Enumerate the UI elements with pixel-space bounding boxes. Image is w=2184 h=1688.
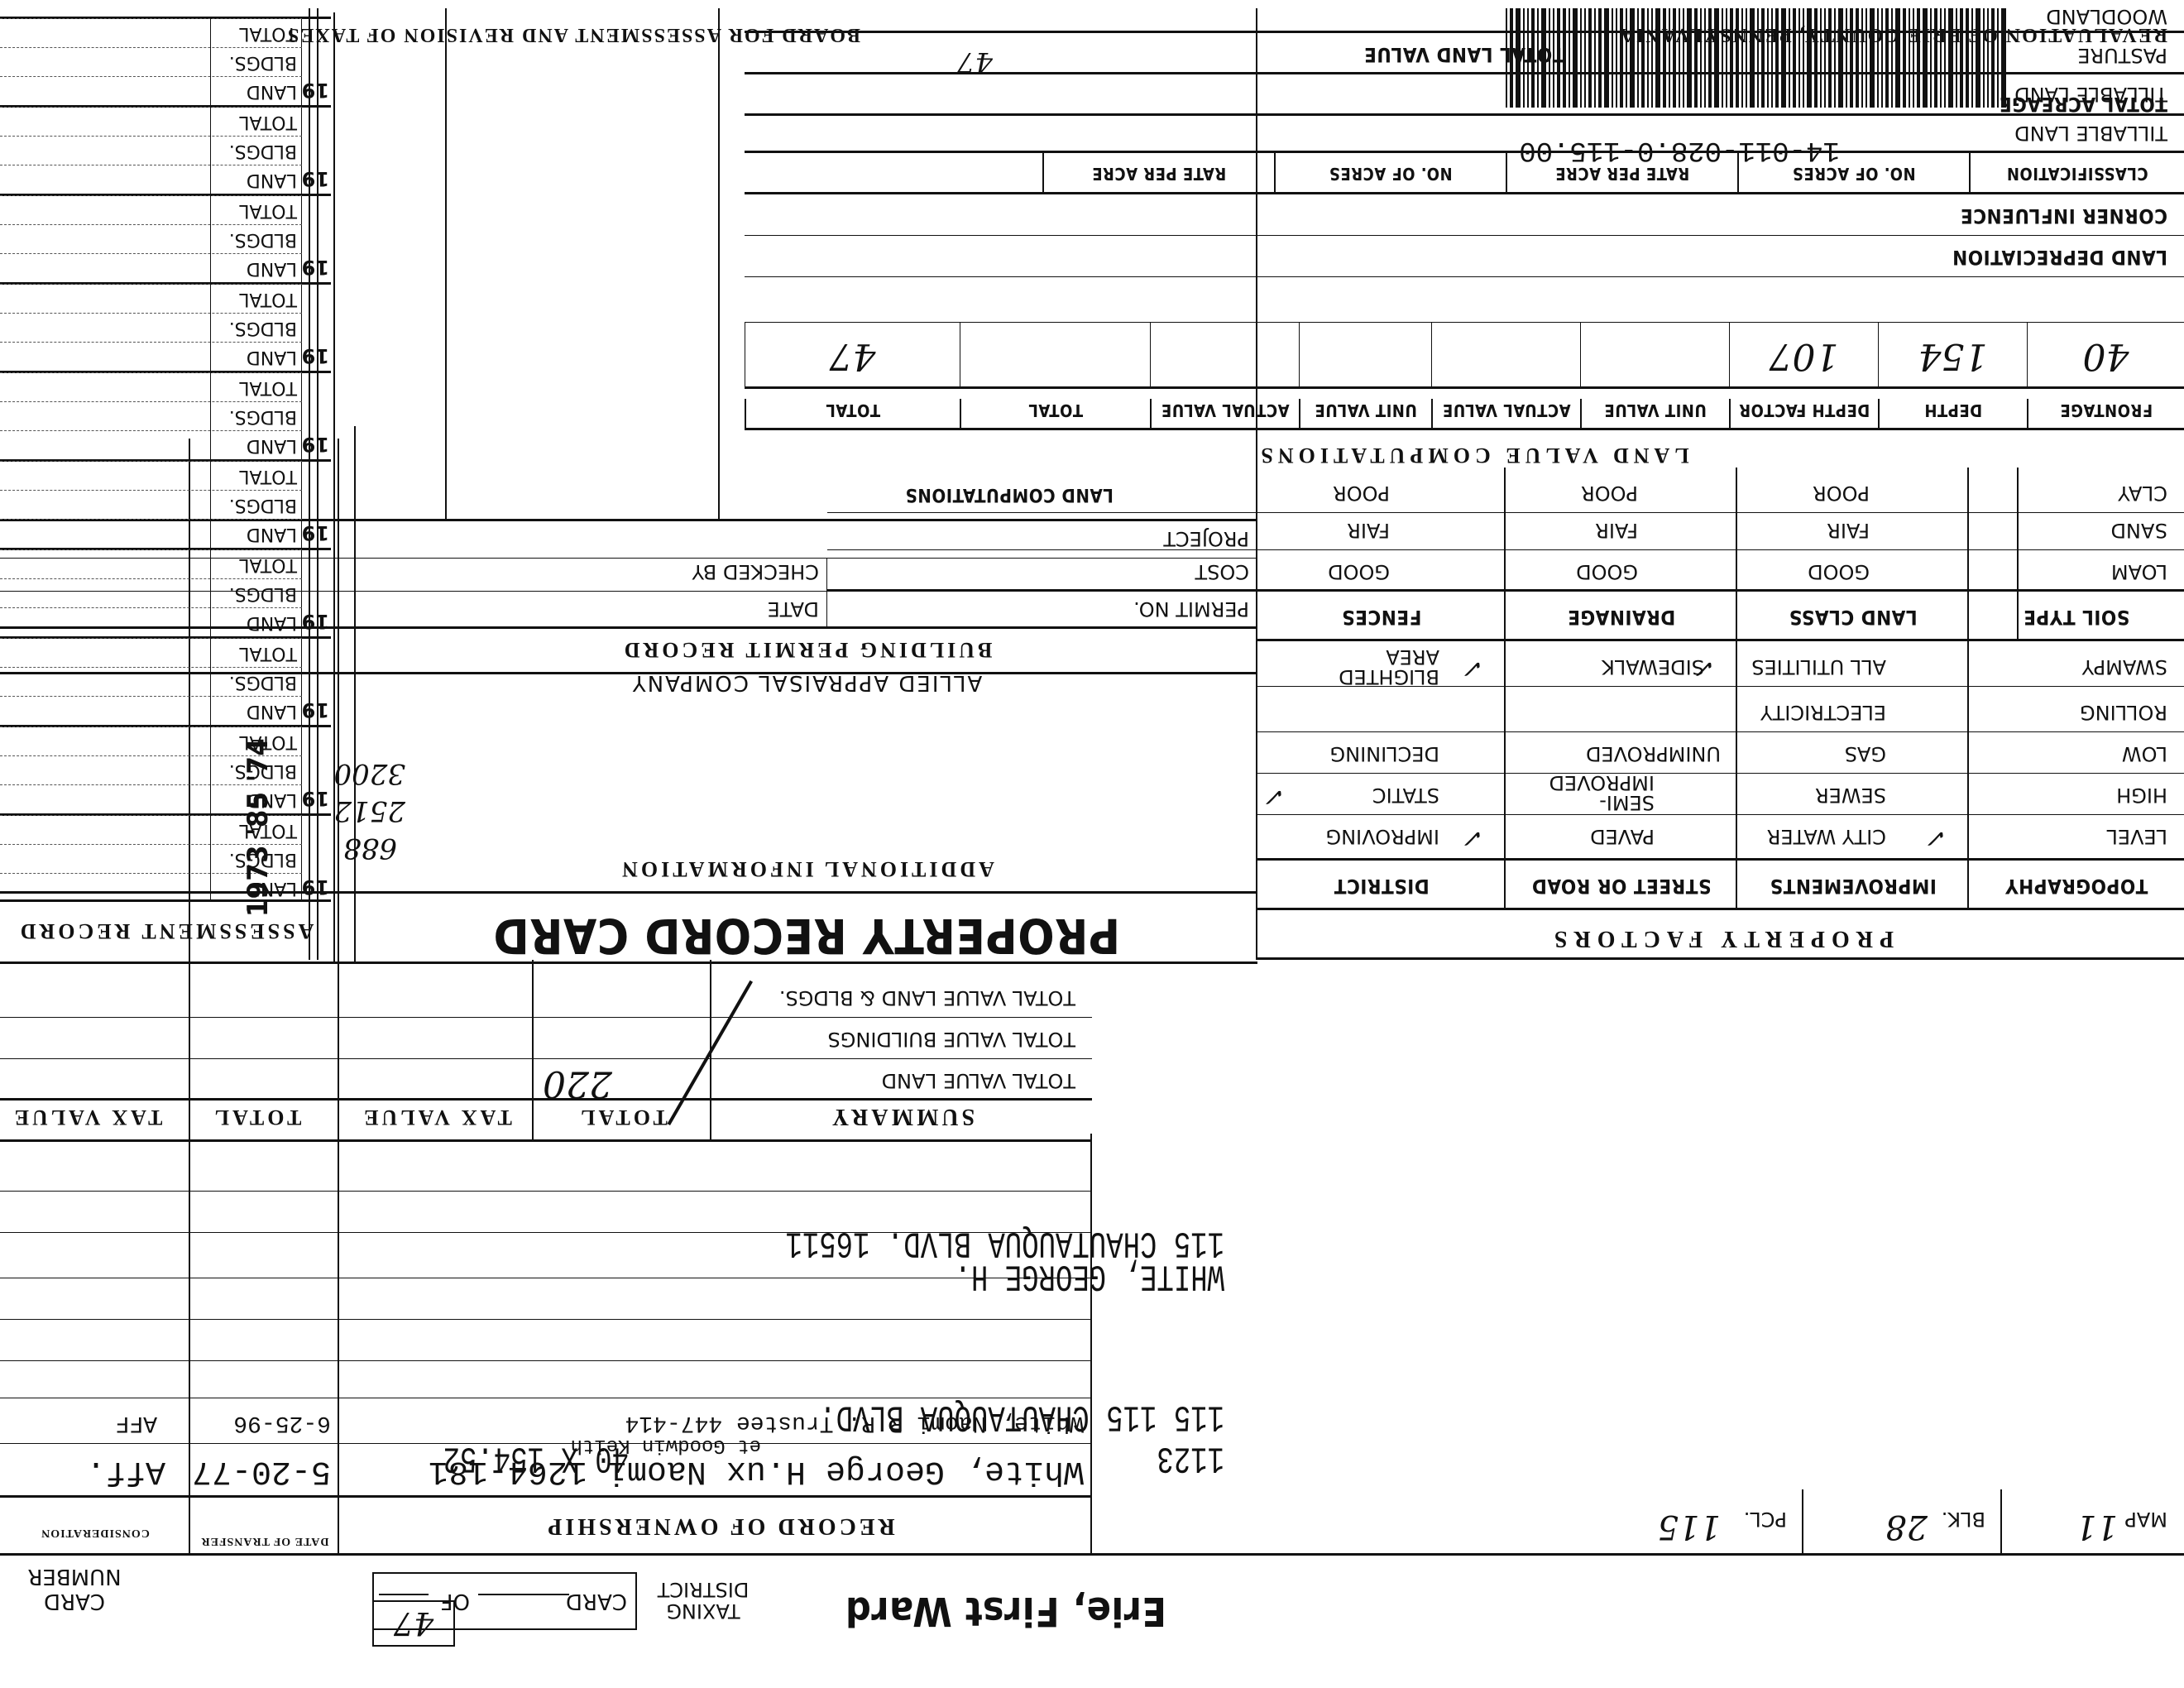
tract-number: 1123 <box>1157 1436 1224 1477</box>
assessment-year-group: 19LANDBLDGS.TOTAL <box>0 194 331 282</box>
year-prefix: 19 <box>302 167 329 190</box>
divider <box>0 1139 1092 1142</box>
divider <box>0 1017 1092 1018</box>
assessment-row: BLDGS. <box>0 136 302 165</box>
assessment-value-field[interactable] <box>0 165 211 194</box>
assessment-row: BLDGS. <box>0 224 302 253</box>
blk-label: BLK. <box>1942 1508 1985 1531</box>
consideration-header: CONSIDERATION <box>0 1526 190 1539</box>
assessment-value-field[interactable] <box>0 578 211 607</box>
check-improving[interactable]: ✓ <box>1464 823 1485 852</box>
assessment-row-label: LAND <box>247 258 297 279</box>
divider <box>333 12 335 964</box>
class-tillable-1: TILLABLE LAND <box>2014 122 2167 145</box>
assessment-value-field[interactable] <box>0 638 211 667</box>
pf-city-water: CITY WATER <box>1767 825 1886 848</box>
pcl-value[interactable]: 115 <box>1658 1508 1721 1546</box>
check-city-water[interactable]: ✓ <box>1928 823 1948 852</box>
pf-high: HIGH <box>2116 784 2167 807</box>
pf-electricity: ELECTRICITY <box>1760 701 1886 724</box>
assessment-value-field[interactable] <box>0 844 211 873</box>
divider <box>1257 814 2184 815</box>
fences-poor: POOR <box>1333 482 1390 505</box>
land-computations-label: LAND COMPUTATIONS <box>761 484 1257 505</box>
header-right-title: BOARD FOR ASSESSMENT AND REVISION OF TAX… <box>286 23 860 46</box>
total-acreage-label: TOTAL ACREAGE <box>1999 93 2167 116</box>
divider <box>1257 908 2184 910</box>
assessment-row: TOTAL <box>0 107 302 136</box>
lvc-cell[interactable]: 107 <box>1729 323 1878 389</box>
assessment-row-label: TOTAL <box>239 554 297 575</box>
transfer-date-1: 5-20-77 <box>192 1452 331 1489</box>
divider <box>0 1232 1092 1233</box>
mailing-address: 115 CHAUTAUQUA BLVD. 16511 <box>786 1221 1225 1262</box>
assessment-year-group: 19LANDBLDGS.TOTAL <box>0 813 331 902</box>
assessment-value-field[interactable] <box>0 284 211 313</box>
lvc-column-header: UNIT VALUE <box>1580 399 1729 430</box>
summary-row-land: TOTAL VALUE LAND <box>882 1069 1075 1092</box>
assessment-row: LAND <box>0 430 302 459</box>
boxed-number: 47 <box>372 1600 455 1647</box>
lvc-cell[interactable] <box>1580 323 1729 389</box>
assessment-record-title: ASSESSMENT RECORD <box>0 918 331 943</box>
land-value-computations-title: LAND VALUE COMPUTATIONS <box>761 443 2184 468</box>
fences-fair: FAIR <box>1347 519 1390 542</box>
pf-level: LEVEL <box>2107 825 2168 848</box>
pf-sewer: SEWER <box>1815 784 1886 807</box>
assessment-stamp: 1973 '85 '74 <box>242 738 275 917</box>
pf-header-soil: SOIL TYPE <box>1969 606 2184 629</box>
year-prefix: 19 <box>302 521 329 544</box>
pf-header-drainage: DRAINAGE <box>1506 606 1737 629</box>
card-total-field[interactable] <box>379 1594 429 1595</box>
soil-sand: SAND <box>2110 519 2167 542</box>
lvc-column-header: TOTAL <box>745 399 960 430</box>
divider <box>1257 639 2184 641</box>
divider <box>826 559 827 629</box>
lvc-cell[interactable] <box>1299 323 1431 389</box>
handwritten-2512: 2512 <box>333 794 405 827</box>
summary-tax-header: TAX VALUE <box>339 1105 534 1129</box>
assessment-row: LAND <box>0 696 302 725</box>
year-prefix: 19 <box>302 79 329 102</box>
summary-total-header-2: TOTAL <box>174 1105 339 1129</box>
divider <box>745 113 2184 116</box>
pf-static: STATIC <box>1372 784 1439 807</box>
card-label: CARD <box>566 1589 627 1614</box>
assessment-row-label: LAND <box>247 524 297 544</box>
assessment-row: LAND <box>0 253 302 282</box>
assessment-year-group: 19LANDBLDGS.TOTAL <box>0 636 331 725</box>
land-class-poor: POOR <box>1813 482 1870 505</box>
divider <box>745 322 2184 323</box>
assessment-value-field[interactable] <box>0 195 211 224</box>
assessment-row-label: BLDGS. <box>229 318 297 338</box>
assessment-row-label: TOTAL <box>239 289 297 309</box>
soil-clay: CLAY <box>2118 482 2167 505</box>
assessment-value-field[interactable] <box>0 313 211 342</box>
assessment-row-label: LAND <box>247 701 297 722</box>
assessment-value-field[interactable] <box>0 755 211 784</box>
assessment-row: TOTAL <box>0 195 302 224</box>
land-class-good: GOOD <box>1808 560 1870 583</box>
building-permit-title: BUILDING PERMIT RECORD <box>356 637 1257 662</box>
pf-sidewalk: SIDEWALK <box>1602 655 1704 679</box>
lvc-column-header: DEPTH FACTOR <box>1729 399 1878 430</box>
assessment-value-field[interactable] <box>0 815 211 844</box>
summary-row-land-bldgs: TOTAL VALUE LAND & BLDGS. <box>779 986 1075 1009</box>
drainage-good: GOOD <box>1576 560 1638 583</box>
lvc-column-header: FRONTAGE <box>2027 399 2184 430</box>
taxing-district-value: Erie, First Ward <box>819 1588 1166 1634</box>
assessment-value-field[interactable] <box>0 549 211 578</box>
address-line1: 1123 <box>1157 1436 1224 1477</box>
assessment-row: BLDGS. <box>0 490 302 519</box>
summary-row-buildings: TOTAL VALUE BUILDINGS <box>828 1028 1075 1051</box>
assessment-row: TOTAL <box>0 549 302 578</box>
divider <box>745 276 2184 277</box>
assessment-value-field[interactable] <box>0 461 211 490</box>
date-transfer-header: DATE OF TRANSFER <box>190 1534 339 1547</box>
assessment-year-group: 19LANDBLDGS.TOTAL <box>0 105 331 194</box>
divider <box>0 1443 1092 1444</box>
check-static[interactable]: ✓ <box>1266 782 1286 811</box>
pf-low: LOW <box>2122 742 2167 765</box>
assessment-value-field[interactable] <box>0 372 211 401</box>
assessment-value-field[interactable] <box>0 342 211 371</box>
divider <box>338 439 339 1556</box>
assessment-year-group: 19LANDBLDGS.TOTAL <box>0 282 331 371</box>
lvc-column-header: TOTAL <box>960 399 1150 430</box>
pf-rolling: ROLLING <box>2080 701 2167 724</box>
header-left-title: REVALUATION OF ERIE COUNTY, PENNSYLVANIA <box>1619 23 2167 46</box>
ownership-title: RECORD OF OWNERSHIP <box>347 1513 1092 1539</box>
land-depreciation-label: LAND DEPRECIATION <box>1952 246 2167 269</box>
drainage-poor: POOR <box>1581 482 1638 505</box>
divider <box>1802 1489 1803 1556</box>
assessment-row-label: LAND <box>247 170 297 190</box>
year-prefix: 19 <box>302 698 329 722</box>
corner-influence-label: CORNER INFLUENCE <box>1961 204 2168 228</box>
lvc-column-header: UNIT VALUE <box>1299 399 1431 430</box>
divider <box>2017 468 2019 641</box>
pf-swampy: SWAMPY <box>2082 655 2167 679</box>
assessment-year-group: 19LANDBLDGS.TOTAL <box>0 371 331 459</box>
assessment-year-group: 19LANDBLDGS.TOTAL <box>0 725 331 813</box>
lvc-cell[interactable] <box>1431 323 1580 389</box>
pf-header-land-class: LAND CLASS <box>1737 606 1969 629</box>
summary-total-header: TOTAL <box>534 1105 711 1129</box>
assessment-row-label: BLDGS. <box>229 141 297 161</box>
year-prefix: 19 <box>302 787 329 810</box>
drainage-fair: FAIR <box>1595 519 1638 542</box>
year-prefix: 19 <box>302 344 329 367</box>
cost-label: COST <box>1195 560 1249 583</box>
owner-entry-1: White, George H.ux Naomi 1264-181 <box>429 1452 1084 1489</box>
assessment-row-label: TOTAL <box>239 377 297 398</box>
assessment-value-field[interactable] <box>0 18 211 47</box>
assessment-row: LAND <box>0 607 302 636</box>
summary-tax-header-2: TAX VALUE <box>0 1105 174 1129</box>
property-record-card: CARD NUMBER CARD OF TAXING DISTRICT Erie… <box>0 0 2184 1688</box>
assessment-value-field[interactable] <box>0 107 211 136</box>
divider <box>1736 468 1737 641</box>
divider <box>445 8 447 521</box>
divider <box>718 8 720 521</box>
divider <box>745 235 2184 236</box>
assessment-row: TOTAL <box>0 284 302 313</box>
pf-unimproved: UNIMPROVED <box>1586 742 1721 765</box>
assessment-row-label: BLDGS. <box>229 229 297 250</box>
permit-no-label: PERMIT NO. <box>1133 597 1249 621</box>
assessment-value-field[interactable] <box>0 430 211 459</box>
year-prefix: 19 <box>302 610 329 633</box>
divider <box>1090 1134 1092 1556</box>
assessment-row: TOTAL <box>0 18 302 47</box>
year-prefix: 19 <box>302 256 329 279</box>
assessment-row-label: LAND <box>247 435 297 456</box>
assessment-value-field[interactable] <box>0 667 211 696</box>
divider <box>1504 468 1506 641</box>
assessment-year-group: 19LANDBLDGS.TOTAL <box>0 17 331 105</box>
assessment-value-field[interactable] <box>0 873 211 902</box>
lvc-header-row: FRONTAGEDEPTHDEPTH FACTORUNIT VALUEACTUA… <box>745 389 2184 430</box>
assessment-row-label: TOTAL <box>239 466 297 487</box>
divider <box>1257 731 2184 732</box>
classification-column-header: RATE PER ACRE <box>1042 153 1274 194</box>
assessment-year-group: 19LANDBLDGS.TOTAL <box>0 548 331 636</box>
assessment-row: LAND <box>0 519 302 548</box>
divider <box>0 1360 1092 1361</box>
assessment-row-label: TOTAL <box>239 112 297 132</box>
assessment-value-field[interactable] <box>0 224 211 253</box>
pcl-label: PCL. <box>1744 1508 1787 1531</box>
assessment-row: LAND <box>0 76 302 105</box>
land-class-fair: FAIR <box>1827 519 1870 542</box>
pf-gas: GAS <box>1845 742 1886 765</box>
card-number-field[interactable] <box>478 1594 569 1595</box>
pf-declining: DECLINING <box>1330 742 1439 765</box>
consideration-2: AFF <box>116 1410 157 1436</box>
assessment-row-label: BLDGS. <box>229 52 297 73</box>
summary-title: SUMMARY <box>720 1103 1084 1129</box>
blk-value[interactable]: 28 <box>1885 1508 1928 1546</box>
project-label: PROJECT <box>1163 527 1249 550</box>
assessment-value-field[interactable] <box>0 136 211 165</box>
lvc-cell[interactable]: 154 <box>1878 323 2027 389</box>
assessment-row-label: TOTAL <box>239 200 297 221</box>
assessment-value-field[interactable] <box>0 784 211 813</box>
assessment-value-field[interactable] <box>0 519 211 548</box>
pf-all-utilities: ALL UTILITIES <box>1751 655 1886 679</box>
handwritten-3200: 3200 <box>333 757 405 790</box>
divider <box>1257 858 2184 861</box>
pf-header-district: DISTRICT <box>1257 875 1506 898</box>
pf-semi-improved: SEMI-IMPROVED <box>1522 773 1655 813</box>
assessment-row-label: LAND <box>247 81 297 102</box>
divider <box>0 1191 1092 1192</box>
summary-land-total: 220 <box>543 1062 612 1105</box>
taxing-district-label: TAXING DISTRICT <box>645 1579 761 1622</box>
assessment-row: LAND <box>0 342 302 371</box>
check-all-utilities[interactable]: ✓ <box>1696 654 1717 683</box>
divider <box>827 549 2184 550</box>
assessment-row: BLDGS. <box>0 401 302 430</box>
check-sidewalk[interactable]: ✓ <box>1464 654 1485 683</box>
assessment-year-group: 19LANDBLDGS.TOTAL <box>0 459 331 548</box>
assessment-row: BLDGS. <box>0 313 302 342</box>
lvc-cell[interactable] <box>1150 323 1299 389</box>
assessment-row-label: BLDGS. <box>229 406 297 427</box>
transfer-date-2: 6-25-96 <box>233 1410 331 1436</box>
additional-info-title: ADDITIONAL INFORMATION <box>356 856 1257 881</box>
assessment-value-field[interactable] <box>0 696 211 725</box>
owner-entry-2-sub: et Goodwin Keith <box>571 1434 761 1456</box>
lvc-cell[interactable]: 47 <box>745 323 960 389</box>
parcel-row: MAP 11 BLK. 28 PCL. 115 <box>1092 1489 2184 1556</box>
assessment-value-field[interactable] <box>0 727 211 755</box>
parcel-barcode-text: 14-011-028.0-115.00 <box>1353 134 2006 165</box>
assessment-row-label: LAND <box>247 347 297 367</box>
main-title: PROPERTY RECORD CARD <box>356 908 1257 964</box>
lvc-column-header: ACTUAL VALUE <box>1150 399 1299 430</box>
assessment-row-label: BLDGS. <box>229 495 297 516</box>
assessment-row: BLDGS. <box>0 47 302 76</box>
divider <box>1257 957 2184 960</box>
map-label: MAP <box>2124 1508 2167 1531</box>
assessment-groups: 19LANDBLDGS.TOTAL19LANDBLDGS.TOTAL19LAND… <box>0 17 331 902</box>
assessment-value-field[interactable] <box>0 607 211 636</box>
year-prefix: 19 <box>302 433 329 456</box>
divider <box>0 1319 1092 1320</box>
total-land-value: 47 <box>957 46 993 79</box>
divider <box>0 1553 1092 1556</box>
assessment-value-field[interactable] <box>0 76 211 105</box>
fences-good: GOOD <box>1328 560 1390 583</box>
assessment-row: BLDGS. <box>0 578 302 607</box>
divider <box>0 1278 1092 1278</box>
checked-by-label: CHECKED BY <box>692 560 819 583</box>
lvc-column-header: DEPTH <box>1878 399 2027 430</box>
assessment-row: TOTAL <box>0 461 302 490</box>
divider <box>1257 773 2184 774</box>
pf-improving: IMPROVING <box>1326 825 1439 848</box>
divider <box>0 1058 1092 1059</box>
pf-paved: PAVED <box>1590 825 1655 848</box>
divider <box>0 1495 1092 1498</box>
divider <box>1967 468 1969 641</box>
card-number-label: CARD NUMBER <box>17 1564 132 1614</box>
lvc-data-row: 4015410747 <box>745 323 2184 389</box>
assessment-value-field[interactable] <box>0 253 211 282</box>
pf-blighted-area: BLIGHTED AREA <box>1291 647 1439 687</box>
lvc-column-header: ACTUAL VALUE <box>1431 399 1580 430</box>
assessment-value-field[interactable] <box>0 490 211 519</box>
year-prefix: 19 <box>302 875 329 899</box>
pf-header-improvements: IMPROVEMENTS <box>1737 875 1969 898</box>
owner-entry-2: White, Naomi R R. Trustee 447-414 <box>625 1410 1085 1436</box>
assessment-row: BLDGS. <box>0 667 302 696</box>
lvc-cell[interactable]: 40 <box>2027 323 2184 389</box>
assessment-value-field[interactable] <box>0 401 211 430</box>
pf-header-topography: TOPOGRAPHY <box>1969 875 2184 898</box>
pf-header-street: STREET OR ROAD <box>1506 875 1737 898</box>
map-value[interactable]: 11 <box>2076 1508 2118 1546</box>
lvc-cell[interactable] <box>960 323 1150 389</box>
pf-header-fences: FENCES <box>1257 606 1506 629</box>
date-label: DATE <box>768 597 819 621</box>
assessment-row-label: TOTAL <box>239 643 297 664</box>
assessment-row: LAND <box>0 165 302 194</box>
consideration-1: Aff. <box>86 1452 165 1489</box>
assessment-value-field[interactable] <box>0 47 211 76</box>
assessment-row-label: BLDGS. <box>229 672 297 693</box>
assessment-row-label: LAND <box>247 612 297 633</box>
soil-loam: LOAM <box>2111 560 2167 583</box>
assessment-row: TOTAL <box>0 372 302 401</box>
handwritten-688: 688 <box>343 832 397 865</box>
divider <box>0 1398 1092 1398</box>
divider <box>2000 1489 2002 1556</box>
land-computations-sidebar: LAND COMPUTATIONS <box>339 472 1257 521</box>
property-factors-title: PROPERTY FACTORS <box>1257 925 2184 952</box>
assessment-row-label: BLDGS. <box>229 583 297 604</box>
assessment-row: TOTAL <box>0 638 302 667</box>
